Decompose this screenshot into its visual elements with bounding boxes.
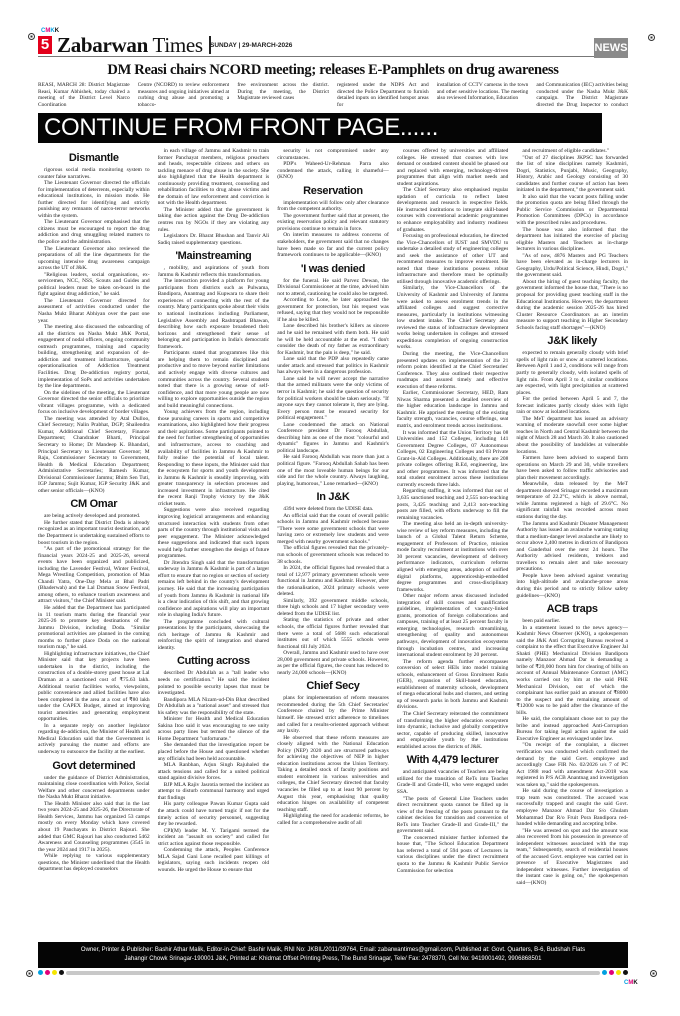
section-tab-news: NEWS xyxy=(594,38,628,58)
article-paragraph: In a statement issued to the news agency… xyxy=(516,625,628,717)
article-paragraph: He said, the complainant chose not to pa… xyxy=(516,716,628,742)
article-paragraph: described Dr Abdullah as a "tall leader … xyxy=(158,670,270,696)
yellow-swatch xyxy=(52,970,57,975)
article-paragraph: MLA Ranbhan, Arjun Singh Rajuhaled the a… xyxy=(158,762,270,782)
article-paragraph: The programme concluded with cultural pr… xyxy=(158,619,270,652)
article-paragraph: People have been advised against venturi… xyxy=(516,573,628,599)
article-paragraph: The Jammu and Kashmir Disaster Managemen… xyxy=(516,521,628,573)
yellow-swatch xyxy=(616,970,621,975)
magenta-swatch xyxy=(45,970,50,975)
registration-mark-icon xyxy=(26,970,33,977)
article-paragraph: Lone condemned the attack on National Co… xyxy=(277,422,389,455)
article-paragraph: His party colleague Pawan Kumar Gupta sa… xyxy=(158,801,270,827)
article-paragraph: "He was arrested on spot and the amount … xyxy=(516,828,628,887)
registration-mark-icon xyxy=(28,33,35,40)
article-paragraph: The Lieutenant Governor directed the off… xyxy=(38,180,150,219)
article-heading: Reservation xyxy=(277,185,389,197)
article-paragraph: On interim measures to address concerns … xyxy=(277,232,389,258)
article-paragraph: The house was also informed that the dep… xyxy=(516,227,628,253)
page-number: 5 xyxy=(38,36,52,54)
article-paragraph: The Lieutenant Governor also reviewed th… xyxy=(38,246,150,272)
top-story-column: free environment across the district. Du… xyxy=(237,82,329,108)
article-paragraph: courses offered by universities and affi… xyxy=(397,148,509,187)
article-heading: Chief Secy xyxy=(277,680,389,692)
article-heading: 'I was denied xyxy=(277,263,389,275)
top-story-headline: DM Reasi chairs NCORD meeting; releases … xyxy=(38,62,628,79)
top-story-column: installation of CCTV cameras in the town… xyxy=(437,82,529,108)
article-paragraph: "Out of 27 disciplines JKPSC has forward… xyxy=(516,155,628,194)
article-paragraph: She demanded that the investigation repo… xyxy=(158,742,270,762)
article-paragraph: security is not compromised under any ci… xyxy=(277,148,389,161)
article-paragraph: He added that the Department has partici… xyxy=(38,605,150,651)
cyan-swatch xyxy=(38,970,43,975)
dateline: SUNDAY | 29-MARCH-2026 xyxy=(210,42,292,49)
article-paragraph: The Lieutenant Governor directed for ass… xyxy=(38,298,150,324)
masthead-rule xyxy=(38,56,628,57)
article-paragraph: According to Lone, he later approached t… xyxy=(277,297,389,323)
imprint-footer: Owner, Printer & Publisher: Bashir Athar… xyxy=(38,942,628,968)
article-paragraph: "On receipt of the complaint, a discreet… xyxy=(516,742,628,788)
article-paragraph: An official said that the count of overa… xyxy=(277,513,389,546)
article-paragraph: Similarly, the Vice-Chancellors of the U… xyxy=(397,285,509,350)
article-paragraph: "Religious leaders, social organisations… xyxy=(38,272,150,298)
article-heading: Dismantle xyxy=(38,152,150,164)
gray-bar xyxy=(66,971,600,975)
article-paragraph: Lone said that the PDP also repeatedly c… xyxy=(277,356,389,376)
registration-mark-icon xyxy=(650,970,657,977)
article-paragraph: It was informed that the Union Territory… xyxy=(397,430,509,489)
article-paragraph: The Health Minister also said that in th… xyxy=(38,801,150,853)
article-paragraph: The meeting also held an in-depth univer… xyxy=(397,521,509,593)
continue-banner: CONTINUE FROM FRONT PAGE...... xyxy=(38,113,602,143)
article-heading: Govt determined xyxy=(38,760,150,772)
article-paragraph: The meeting also discussed the onboardin… xyxy=(38,324,150,389)
article-paragraph: The Lieutenant Governor emphasised that … xyxy=(38,219,150,245)
article-paragraph: For the period between April 5 and 7, th… xyxy=(516,396,628,416)
article-paragraph: CPI(M) leader M. Y. Tarigami termed the … xyxy=(158,828,270,848)
article-paragraph: "As of now, 4876 Masters and PG Teachers… xyxy=(516,253,628,279)
article-column: security is not compromised under any ci… xyxy=(277,148,389,934)
article-paragraph: Suggestions were also received regarding… xyxy=(158,507,270,559)
imprint-line-2: Jahangir Chowk Srinagar-190001 J&K, Prin… xyxy=(38,955,628,964)
article-heading: J&K likely xyxy=(516,335,628,347)
article-paragraph: He said Farooq Abdullah was more than ju… xyxy=(277,454,389,487)
article-paragraph: Lone described his brother's killers as … xyxy=(277,323,389,356)
article-paragraph: "The posts of General Line Teachers unde… xyxy=(397,796,509,835)
article-paragraph: Legislators Dr. Bharat Bhushan and Tanvi… xyxy=(158,233,270,246)
article-paragraph: Highlighting the need for academic refor… xyxy=(277,813,389,826)
article-paragraph: Focusing on professional education, he d… xyxy=(397,233,509,285)
article-paragraph: PDP's Waheed-Ur-Rehman Parra also condem… xyxy=(277,161,389,181)
article-column: courses offered by universities and affi… xyxy=(397,148,509,934)
top-story-body: REASI, MARCH 28: District Magistrate Rea… xyxy=(38,82,628,108)
article-paragraph: Stating the statistics of private and ot… xyxy=(277,617,389,650)
black-swatch xyxy=(623,970,628,975)
article-paragraph: in each village of Jammu and Kashmir to … xyxy=(158,148,270,207)
article-paragraph: The Minister added that the government i… xyxy=(158,207,270,233)
black-swatch xyxy=(59,970,64,975)
article-paragraph: for the funeral. He said Parvez Dewan, t… xyxy=(277,278,389,298)
article-paragraph: expected to remain generally cloudy with… xyxy=(516,350,628,396)
article-paragraph: Lone said he will never accept the narra… xyxy=(277,376,389,422)
article-paragraph: During the meeting, the Vice-Chancellors… xyxy=(397,351,509,390)
article-paragraph: The official figures revealed that the p… xyxy=(277,545,389,565)
article-paragraph: Highlighting infrastructure initiatives,… xyxy=(38,651,150,723)
article-paragraph: The government further said that at pres… xyxy=(277,213,389,233)
article-paragraph: The Chief Secretary reiterated the commi… xyxy=(397,711,509,750)
magenta-swatch xyxy=(609,970,614,975)
top-story-column: registered under the NDPS Act and direct… xyxy=(337,82,429,108)
article-paragraph: The Chief Secretary also emphasised regu… xyxy=(397,187,509,233)
article-paragraph: About the hiring of guest teaching facul… xyxy=(516,279,628,331)
article-paragraph: Farmers have been advised to suspend far… xyxy=(516,455,628,481)
article-paragraph: under the guidance of District Administr… xyxy=(38,775,150,801)
article-paragraph: rigorous social media monitoring system … xyxy=(38,167,150,180)
continued-articles: Dismantlerigorous social media monitorin… xyxy=(38,148,628,934)
paper-name: Zabarwan Times xyxy=(57,33,203,58)
registration-mark-icon xyxy=(648,34,655,41)
article-paragraph: plans for implementation of reform measu… xyxy=(277,695,389,734)
article-column: in each village of Jammu and Kashmir to … xyxy=(158,148,270,934)
article-paragraph: While replying to various supplementary … xyxy=(38,853,150,873)
article-paragraph: On the sidelines of the meeting, the Lie… xyxy=(38,390,150,416)
article-paragraph: Young achievers from the region, includi… xyxy=(158,409,270,507)
cyan-swatch xyxy=(602,970,607,975)
article-paragraph: Bandipora MLA Nizam-ud-Din Bhat describe… xyxy=(158,697,270,717)
article-paragraph: He observed that these reform measures a… xyxy=(277,735,389,814)
article-paragraph: 4394 were deleted from the UDISE data. xyxy=(277,506,389,513)
article-paragraph: Condemning the attack, Peoples Conferenc… xyxy=(158,847,270,873)
article-paragraph: implementation will follow only after cl… xyxy=(277,200,389,213)
article-paragraph: Minister for Health and Medical Educatio… xyxy=(158,716,270,742)
article-paragraph: The interaction provided a platform for … xyxy=(158,278,270,350)
article-paragraph: The MeT department has issued an advisor… xyxy=(516,416,628,455)
article-paragraph: Regarding staffing, it was informed that… xyxy=(397,488,509,521)
article-paragraph: The meeting was attended by Atal Dulloo,… xyxy=(38,416,150,495)
article-heading: 'Mainstreaming xyxy=(158,250,270,262)
article-paragraph: In a separate reply on another legislato… xyxy=(38,723,150,756)
article-paragraph: , mobility, and aspirations of youth fro… xyxy=(158,265,270,278)
article-paragraph: Earlier, Commissioner Secretary, HED, Ra… xyxy=(397,390,509,429)
article-paragraph: are being actively developed and promote… xyxy=(38,513,150,520)
article-paragraph: and anticipated vacancies of Teachers ar… xyxy=(397,769,509,795)
article-paragraph: In 2024, the official figures had reveal… xyxy=(277,565,389,598)
article-heading: In J&K xyxy=(277,491,389,503)
article-paragraph: Overall, Jammu and Kashmir used to have … xyxy=(277,650,389,676)
article-paragraph: The reform agenda further encompasses co… xyxy=(397,659,509,711)
article-column: Dismantlerigorous social media monitorin… xyxy=(38,148,150,934)
article-paragraph: He further stated that District Doda is … xyxy=(38,520,150,546)
article-paragraph: It also said that the vacant posts falli… xyxy=(516,194,628,227)
article-paragraph: Dr Jitendra Singh said that the transfor… xyxy=(158,560,270,619)
article-paragraph: Participants stated that programmes like… xyxy=(158,350,270,409)
article-paragraph: Meanwhile, data released by the MeT depa… xyxy=(516,481,628,520)
article-paragraph: Similarly, 392 government middle schools… xyxy=(277,598,389,618)
article-paragraph: Other major reform areas discussed inclu… xyxy=(397,593,509,658)
top-story-column: Centre (NCORD) to review enforcement mea… xyxy=(138,82,230,108)
article-heading: With 4,479 lecturer xyxy=(397,754,509,766)
top-story-column: and Communication (IEC) activities being… xyxy=(536,82,628,108)
article-paragraph: "As part of the promotional strategy for… xyxy=(38,546,150,605)
article-paragraph: BJP MLA Rajiv Jasrotia termed the incide… xyxy=(158,782,270,802)
cmyk-label-bottom: CMK xyxy=(624,980,638,986)
article-heading: ACB traps xyxy=(516,603,628,615)
imprint-line-1: Owner, Printer & Publisher: Bashir Athar… xyxy=(38,946,628,955)
article-column: and recruitment of eligible candidates."… xyxy=(516,148,628,934)
article-heading: Cutting across xyxy=(158,655,270,667)
article-heading: CM Omar xyxy=(38,498,150,510)
color-calibration-bar xyxy=(38,970,628,975)
article-paragraph: The concerned minister further informed … xyxy=(397,835,509,874)
top-story-column: REASI, MARCH 28: District Magistrate Rea… xyxy=(38,82,130,108)
article-paragraph: He said during the course of investigati… xyxy=(516,788,628,827)
